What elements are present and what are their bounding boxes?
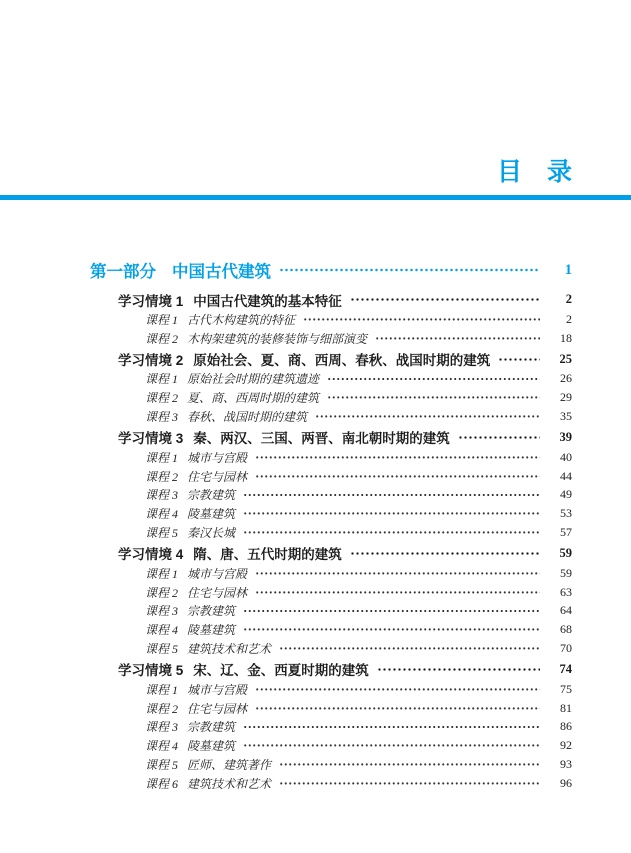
toc-entry-title: 城市与宫殿 bbox=[187, 681, 247, 698]
toc-entry-label: 课程 2 bbox=[145, 468, 178, 485]
toc-entry-label: 学习情境 2 bbox=[118, 349, 183, 369]
toc-entry-page: 59 bbox=[546, 566, 572, 581]
toc-entry-label: 第一部分 bbox=[90, 258, 156, 282]
toc-entry-title: 陵墓建筑 bbox=[187, 621, 235, 638]
toc-entry-label: 课程 2 bbox=[145, 389, 178, 406]
toc-entry-title: 住宅与园林 bbox=[187, 584, 247, 601]
toc-entry-title: 木构架建筑的装修装饰与细部演变 bbox=[187, 330, 367, 347]
toc-entry-page: 81 bbox=[546, 701, 572, 716]
toc-entry-label: 课程 5 bbox=[145, 640, 178, 657]
toc-entry-page: 39 bbox=[546, 430, 572, 445]
toc-entry: 课程 2 住宅与园林 63 bbox=[90, 583, 572, 602]
dot-leader bbox=[243, 504, 540, 523]
toc-entry-title: 匠师、建筑著作 bbox=[187, 756, 271, 773]
dot-leader bbox=[458, 427, 540, 448]
dot-leader bbox=[279, 639, 540, 658]
toc-entry: 学习情境 2 原始社会、夏、商、西周、春秋、战国时期的建筑 25 bbox=[90, 349, 572, 370]
dot-leader bbox=[243, 718, 540, 737]
toc-entry-label: 学习情境 1 bbox=[118, 290, 183, 310]
toc-entry: 课程 2 住宅与园林 81 bbox=[90, 699, 572, 718]
toc-entry-title: 宋、辽、金、西夏时期的建筑 bbox=[193, 659, 369, 679]
dot-leader bbox=[279, 257, 540, 283]
toc-entry: 课程 5 秦汉长城 57 bbox=[90, 523, 572, 542]
toc-list: 第一部分 中国古代建筑 1 学习情境 1 中国古代建筑的基本特征 2 课程 1 … bbox=[90, 257, 572, 793]
toc-entry-label: 课程 1 bbox=[145, 449, 178, 466]
toc-entry-label: 课程 4 bbox=[145, 505, 178, 522]
toc-entry-title: 陵墓建筑 bbox=[187, 505, 235, 522]
dot-leader bbox=[303, 310, 540, 329]
dot-leader bbox=[243, 486, 540, 505]
toc-entry-label: 课程 1 bbox=[145, 311, 178, 328]
toc-entry-title: 秦、两汉、三国、两晋、南北朝时期的建筑 bbox=[193, 427, 450, 447]
toc-entry-label: 课程 1 bbox=[145, 370, 178, 387]
toc-entry-page: 49 bbox=[546, 487, 572, 502]
toc-entry-page: 63 bbox=[546, 585, 572, 600]
toc-entry: 学习情境 4 隋、唐、五代时期的建筑 59 bbox=[90, 543, 572, 564]
toc-entry-title: 中国古代建筑的基本特征 bbox=[193, 290, 342, 310]
toc-entry: 课程 2 住宅与园林 44 bbox=[90, 467, 572, 486]
toc-entry-page: 75 bbox=[546, 682, 572, 697]
toc-entry: 课程 1 城市与宫殿 59 bbox=[90, 564, 572, 583]
toc-entry: 课程 2 夏、商、西周时期的建筑 29 bbox=[90, 388, 572, 407]
toc-entry: 学习情境 5 宋、辽、金、西夏时期的建筑 74 bbox=[90, 659, 572, 680]
toc-entry-title: 夏、商、西周时期的建筑 bbox=[187, 389, 319, 406]
toc-entry-label: 课程 5 bbox=[145, 524, 178, 541]
toc-entry-page: 70 bbox=[546, 641, 572, 656]
toc-entry-page: 44 bbox=[546, 469, 572, 484]
dot-leader bbox=[255, 583, 540, 602]
dot-leader bbox=[377, 659, 540, 680]
toc-entry-page: 86 bbox=[546, 719, 572, 734]
toc-entry-page: 74 bbox=[546, 662, 572, 677]
dot-leader bbox=[255, 680, 540, 699]
toc-entry-label: 课程 5 bbox=[145, 756, 178, 773]
toc-entry: 课程 5 建筑技术和艺术 70 bbox=[90, 639, 572, 658]
toc-entry-page: 1 bbox=[546, 262, 572, 279]
dot-leader bbox=[327, 388, 540, 407]
toc-entry: 课程 1 城市与宫殿 75 bbox=[90, 680, 572, 699]
toc-entry: 学习情境 1 中国古代建筑的基本特征 2 bbox=[90, 289, 572, 310]
dot-leader bbox=[498, 349, 540, 370]
dot-leader bbox=[255, 467, 540, 486]
dot-leader bbox=[255, 448, 540, 467]
toc-entry-page: 35 bbox=[546, 409, 572, 424]
toc-entry: 课程 5 匠师、建筑著作 93 bbox=[90, 755, 572, 774]
toc-entry: 课程 6 建筑技术和艺术 96 bbox=[90, 774, 572, 793]
toc-entry: 课程 1 原始社会时期的建筑遗迹 26 bbox=[90, 370, 572, 389]
toc-entry: 课程 1 古代木构建筑的特征 2 bbox=[90, 310, 572, 329]
toc-entry-title: 城市与宫殿 bbox=[187, 449, 247, 466]
toc-entry-label: 课程 4 bbox=[145, 737, 178, 754]
dot-leader bbox=[255, 564, 540, 583]
toc-entry-page: 2 bbox=[546, 312, 572, 327]
dot-leader bbox=[350, 543, 540, 564]
toc-entry-title: 城市与宫殿 bbox=[187, 565, 247, 582]
toc-entry-page: 29 bbox=[546, 390, 572, 405]
toc-entry: 课程 4 陵墓建筑 53 bbox=[90, 504, 572, 523]
toc-entry-page: 96 bbox=[546, 776, 572, 791]
toc-entry-title: 住宅与园林 bbox=[187, 468, 247, 485]
dot-leader bbox=[243, 523, 540, 542]
toc-entry-page: 18 bbox=[546, 331, 572, 346]
dot-leader bbox=[279, 755, 540, 774]
dot-leader bbox=[279, 774, 540, 793]
title-double-rule bbox=[0, 195, 631, 200]
toc-entry-page: 64 bbox=[546, 603, 572, 618]
dot-leader bbox=[243, 736, 540, 755]
toc-entry-page: 40 bbox=[546, 450, 572, 465]
toc-entry-title: 春秋、战国时期的建筑 bbox=[187, 408, 307, 425]
toc-entry-page: 25 bbox=[546, 352, 572, 367]
toc-entry-label: 学习情境 4 bbox=[118, 543, 183, 563]
dot-leader bbox=[255, 699, 540, 718]
toc-entry-page: 2 bbox=[546, 292, 572, 307]
dot-leader bbox=[243, 620, 540, 639]
toc-entry-page: 53 bbox=[546, 506, 572, 521]
toc-entry-label: 课程 3 bbox=[145, 718, 178, 735]
toc-entry-label: 课程 3 bbox=[145, 486, 178, 503]
toc-entry-label: 学习情境 5 bbox=[118, 659, 183, 679]
toc-entry-label: 课程 2 bbox=[145, 584, 178, 601]
page-title: 目 录 bbox=[497, 158, 572, 187]
toc-entry-title: 宗教建筑 bbox=[187, 718, 235, 735]
toc-entry-page: 57 bbox=[546, 525, 572, 540]
dot-leader bbox=[243, 602, 540, 621]
toc-entry-page: 92 bbox=[546, 738, 572, 753]
toc-entry-label: 课程 4 bbox=[145, 621, 178, 638]
toc-entry: 课程 3 宗教建筑 86 bbox=[90, 718, 572, 737]
toc-entry-page: 26 bbox=[546, 371, 572, 386]
toc-entry-label: 课程 2 bbox=[145, 330, 178, 347]
toc-entry: 课程 4 陵墓建筑 68 bbox=[90, 620, 572, 639]
toc-entry: 课程 3 春秋、战国时期的建筑 35 bbox=[90, 407, 572, 426]
toc-entry: 课程 4 陵墓建筑 92 bbox=[90, 736, 572, 755]
toc-entry-label: 学习情境 3 bbox=[118, 427, 183, 447]
toc-entry-page: 93 bbox=[546, 757, 572, 772]
toc-entry-page: 68 bbox=[546, 622, 572, 637]
toc-entry-title: 住宅与园林 bbox=[187, 700, 247, 717]
toc-entry-label: 课程 2 bbox=[145, 700, 178, 717]
toc-entry: 课程 2 木构架建筑的装修装饰与细部演变 18 bbox=[90, 329, 572, 348]
toc-entry-title: 宗教建筑 bbox=[187, 486, 235, 503]
dot-leader bbox=[315, 407, 540, 426]
toc-entry-page: 59 bbox=[546, 546, 572, 561]
toc-entry-title: 原始社会时期的建筑遗迹 bbox=[187, 370, 319, 387]
toc-entry-label: 课程 6 bbox=[145, 775, 178, 792]
toc-entry: 课程 3 宗教建筑 64 bbox=[90, 602, 572, 621]
toc-entry-title: 秦汉长城 bbox=[187, 524, 235, 541]
toc-entry-title: 建筑技术和艺术 bbox=[187, 775, 271, 792]
toc-entry-title: 古代木构建筑的特征 bbox=[187, 311, 295, 328]
toc-entry-title: 宗教建筑 bbox=[187, 602, 235, 619]
dot-leader bbox=[375, 329, 540, 348]
toc-entry-title: 原始社会、夏、商、西周、春秋、战国时期的建筑 bbox=[193, 349, 490, 369]
dot-leader bbox=[350, 289, 540, 310]
toc-entry-title: 建筑技术和艺术 bbox=[187, 640, 271, 657]
toc-entry-title: 陵墓建筑 bbox=[187, 737, 235, 754]
toc-entry: 学习情境 3 秦、两汉、三国、两晋、南北朝时期的建筑 39 bbox=[90, 427, 572, 448]
toc-entry-label: 课程 3 bbox=[145, 408, 178, 425]
toc-entry: 课程 1 城市与宫殿 40 bbox=[90, 448, 572, 467]
toc-entry-label: 课程 1 bbox=[145, 565, 178, 582]
toc-entry-label: 课程 1 bbox=[145, 681, 178, 698]
toc-entry-title: 隋、唐、五代时期的建筑 bbox=[193, 543, 342, 563]
toc-entry: 课程 3 宗教建筑 49 bbox=[90, 486, 572, 505]
toc-entry: 第一部分 中国古代建筑 1 bbox=[90, 257, 572, 283]
toc-entry-title: 中国古代建筑 bbox=[172, 258, 271, 282]
dot-leader bbox=[327, 370, 540, 389]
toc-entry-label: 课程 3 bbox=[145, 602, 178, 619]
